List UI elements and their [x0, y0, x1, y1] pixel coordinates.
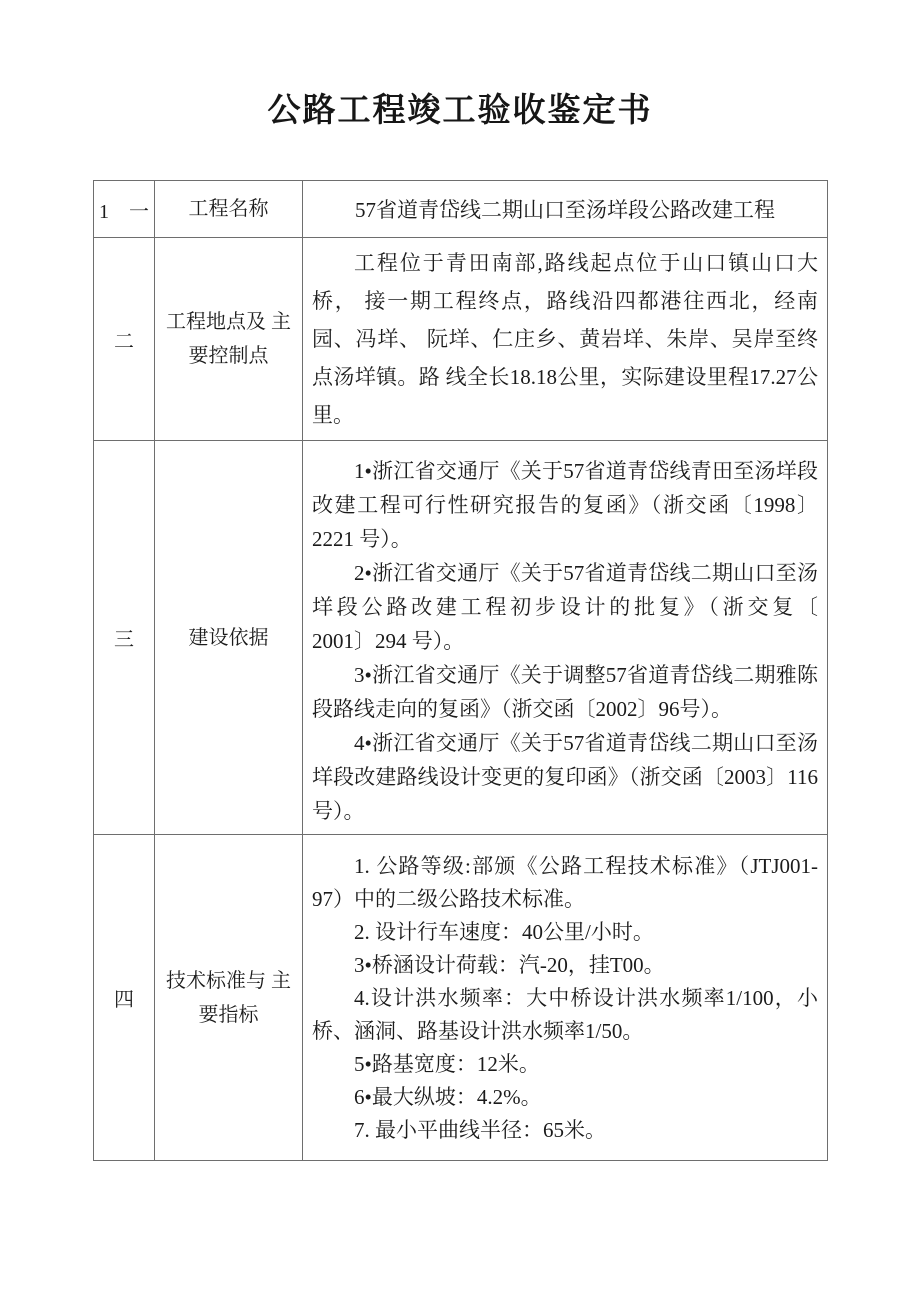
row-content-cell: 1•浙江省交通厅《关于57省道青岱线青田至汤垟段 改建工程可行性研究报告的复函》…	[303, 441, 827, 834]
content-paragraph: 4.设计洪水频率：大中桥设计洪水频率1/100，小桥、涵洞、路基设计洪水频率1/…	[312, 982, 818, 1048]
content-paragraph: 1•浙江省交通厅《关于57省道青岱线青田至汤垟段 改建工程可行性研究报告的复函》…	[312, 454, 818, 556]
row-index-cell: 四	[94, 835, 155, 1160]
content-paragraph: 工程位于青田南部,路线起点位于山口镇山口大桥， 接一期工程终点，路线沿四都港往西…	[312, 244, 818, 434]
document-page: 公路工程竣工验收鉴定书 1 一工程名称57省道青岱线二期山口至汤垟段公路改建工程…	[0, 0, 920, 1297]
row-index-cell: 1 一	[94, 181, 155, 237]
content-paragraph: 5•路基宽度：12米。	[312, 1048, 818, 1081]
row-content-cell: 57省道青岱线二期山口至汤垟段公路改建工程	[303, 181, 827, 237]
content-paragraph: 57省道青岱线二期山口至汤垟段公路改建工程	[355, 194, 775, 224]
row-label-cell: 工程地点及 主要控制点	[155, 238, 303, 440]
content-paragraph: 4•浙江省交通厅《关于57省道青岱线二期山口至汤 垟段改建路线设计变更的复印函》…	[312, 726, 818, 828]
row-index-cell: 二	[94, 238, 155, 440]
content-paragraph: 1. 公路等级:部颁《公路工程技术标准》（JTJ001-97）中的二级公路技术标…	[312, 850, 818, 916]
row-index-cell: 三	[94, 441, 155, 834]
row-label-cell: 建设依据	[155, 441, 303, 834]
document-title: 公路工程竣工验收鉴定书	[0, 84, 920, 131]
content-paragraph: 6•最大纵坡：4.2%。	[312, 1081, 818, 1114]
row-label-cell: 工程名称	[155, 181, 303, 237]
content-paragraph: 3•浙江省交通厅《关于调整57省道青岱线二期雅陈 段路线走向的复函》（浙交函〔2…	[312, 658, 818, 726]
table-row: 二工程地点及 主要控制点工程位于青田南部,路线起点位于山口镇山口大桥， 接一期工…	[94, 238, 827, 441]
content-paragraph: 2. 设计行车速度：40公里/小时。	[312, 916, 818, 949]
row-label-cell: 技术标准与 主要指标	[155, 835, 303, 1160]
table-row: 1 一工程名称57省道青岱线二期山口至汤垟段公路改建工程	[94, 181, 827, 238]
content-paragraph: 3•桥涵设计荷载：汽-20，挂T00。	[312, 949, 818, 982]
content-paragraph: 2•浙江省交通厅《关于57省道青岱线二期山口至汤 垟段公路改建工程初步设计的批复…	[312, 556, 818, 658]
table-row: 三建设依据1•浙江省交通厅《关于57省道青岱线青田至汤垟段 改建工程可行性研究报…	[94, 441, 827, 835]
row-content-cell: 工程位于青田南部,路线起点位于山口镇山口大桥， 接一期工程终点，路线沿四都港往西…	[303, 238, 827, 440]
acceptance-table: 1 一工程名称57省道青岱线二期山口至汤垟段公路改建工程二工程地点及 主要控制点…	[93, 180, 828, 1161]
row-content-cell: 1. 公路等级:部颁《公路工程技术标准》（JTJ001-97）中的二级公路技术标…	[303, 835, 827, 1160]
table-row: 四技术标准与 主要指标1. 公路等级:部颁《公路工程技术标准》（JTJ001-9…	[94, 835, 827, 1160]
content-paragraph: 7. 最小平曲线半径：65米。	[312, 1114, 818, 1147]
